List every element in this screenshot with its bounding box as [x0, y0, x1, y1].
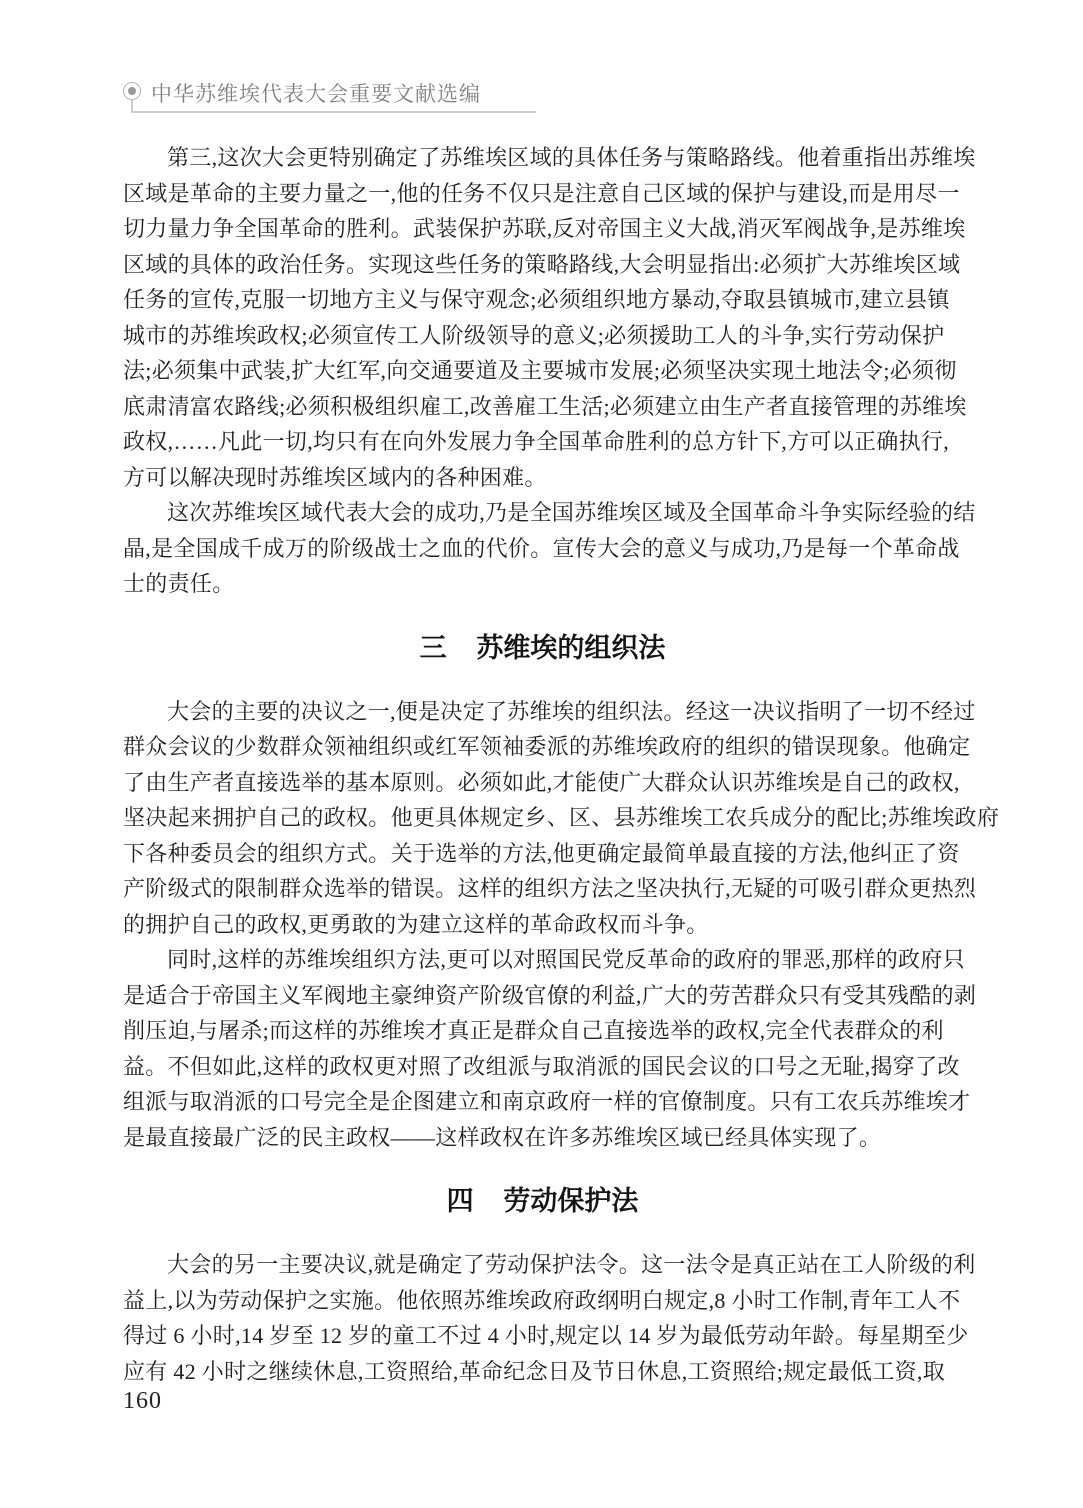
page: 中华苏维埃代表大会重要文献选编 第三,这次大会更特别确定了苏维埃区域的具体任务与…	[0, 0, 1083, 1508]
text-line: 任务的宣传,克服一切地方主义与保守观念;必须组织地方暴动,夺取县镇城市,建立县镇	[123, 282, 962, 318]
page-number: 160	[123, 1388, 162, 1414]
text-line: 大会的主要的决议之一,便是决定了苏维埃的组织法。经这一决议指明了一切不经过	[123, 694, 962, 730]
section-heading: 三苏维埃的组织法	[123, 628, 962, 668]
text-line: 下各种委员会的组织方式。关于选举的方法,他更确定最简单最直接的方法,他纠正了资	[123, 836, 962, 872]
text-line: 益上,以为劳动保护之实施。他依照苏维埃政府政纲明白规定,8 小时工作制,青年工人…	[123, 1283, 962, 1319]
text-line: 是适合于帝国主义军阀地主豪绅资产阶级官僚的利益,广大的劳苦群众只有受其残酷的剥	[123, 978, 962, 1014]
heading-title: 劳动保护法	[503, 1186, 638, 1216]
text-line: 城市的苏维埃政权;必须宣传工人阶级领导的意义;必须援助工人的斗争,实行劳动保护	[123, 318, 962, 354]
text-line: 益。不但如此,这样的政权更对照了改组派与取消派的国民会议的口号之无耻,揭穿了改	[123, 1049, 962, 1085]
text-line: 晶,是全国成千成万的阶级战士之血的代价。宣传大会的意义与成功,乃是每一个革命战	[123, 531, 962, 567]
text-line: 士的责任。	[123, 566, 962, 602]
header-underline	[131, 111, 536, 113]
text-line: 法;必须集中武装,扩大红军,向交通要道及主要城市发展;必须坚决实现土地法令;必须…	[123, 353, 962, 389]
section-heading: 四劳动保护法	[123, 1181, 962, 1221]
text-line: 第三,这次大会更特别确定了苏维埃区域的具体任务与策略路线。他着重指出苏维埃	[123, 140, 962, 176]
text-line: 大会的另一主要决议,就是确定了劳动保护法令。这一法令是真正站在工人阶级的利	[123, 1247, 962, 1283]
text-line: 得过 6 小时,14 岁至 12 岁的童工不过 4 小时,规定以 14 岁为最低…	[123, 1318, 962, 1354]
paragraph: 大会的另一主要决议,就是确定了劳动保护法令。这一法令是真正站在工人阶级的利益上,…	[123, 1247, 962, 1389]
page-body: 第三,这次大会更特别确定了苏维埃区域的具体任务与策略路线。他着重指出苏维埃区域是…	[123, 140, 962, 1389]
text-line: 组派与取消派的口号完全是企图建立和南京政府一样的官僚制度。只有工农兵苏维埃才	[123, 1084, 962, 1120]
text-line: 产阶级式的限制群众选举的错误。这样的组织方法之坚决执行,无疑的可吸引群众更热烈	[123, 871, 962, 907]
heading-number: 三	[420, 633, 447, 663]
bullet-circle-icon	[123, 82, 141, 100]
page-footer: 160	[123, 1388, 162, 1415]
text-line: 同时,这样的苏维埃组织方法,更可以对照国民党反革命的政府的罪恶,那样的政府只	[123, 942, 962, 978]
text-line: 削压迫,与屠杀;而这样的苏维埃才真正是群众自己直接选举的政权,完全代表群众的利	[123, 1013, 962, 1049]
text-line: 切力量力争全国革命的胜利。武装保护苏联,反对帝国主义大战,消灭军阀战争,是苏维埃	[123, 211, 962, 247]
paragraph: 大会的主要的决议之一,便是决定了苏维埃的组织法。经这一决议指明了一切不经过群众会…	[123, 694, 962, 943]
book-header: 中华苏维埃代表大会重要文献选编	[123, 76, 683, 120]
paragraph: 同时,这样的苏维埃组织方法,更可以对照国民党反革命的政府的罪恶,那样的政府只是适…	[123, 942, 962, 1155]
text-line: 区域是革命的主要力量之一,他的任务不仅只是注意自己区域的保护与建设,而是用尽一	[123, 176, 962, 212]
text-line: 坚决起来拥护自己的政权。他更具体规定乡、区、县苏维埃工农兵成分的配比;苏维埃政府	[123, 800, 962, 836]
heading-title: 苏维埃的组织法	[476, 633, 665, 663]
paragraph: 第三,这次大会更特别确定了苏维埃区域的具体任务与策略路线。他着重指出苏维埃区域是…	[123, 140, 962, 495]
text-line: 方可以解决现时苏维埃区域内的各种困难。	[123, 460, 962, 496]
text-line: 底肃清富农路线;必须积极组织雇工,改善雇工生活;必须建立由生产者直接管理的苏维埃	[123, 389, 962, 425]
text-line: 的拥护自己的政权,更勇敢的为建立这样的革命政权而斗争。	[123, 907, 962, 943]
book-title: 中华苏维埃代表大会重要文献选编	[151, 78, 481, 108]
text-line: 政权,……凡此一切,均只有在向外发展力争全国革命胜利的总方针下,方可以正确执行,	[123, 424, 962, 460]
text-line: 区域的具体的政治任务。实现这些任务的策略路线,大会明显指出:必须扩大苏维埃区域	[123, 247, 962, 283]
text-line: 群众会议的少数群众领袖组织或红军领袖委派的苏维埃政府的组织的错误现象。他确定	[123, 729, 962, 765]
text-line: 这次苏维埃区域代表大会的成功,乃是全国苏维埃区域及全国革命斗争实际经验的结	[123, 495, 962, 531]
text-line: 应有 42 小时之继续休息,工资照给,革命纪念日及节日休息,工资照给;规定最低工…	[123, 1354, 962, 1390]
text-line: 是最直接最广泛的民主政权——这样政权在许多苏维埃区域已经具体实现了。	[123, 1120, 962, 1156]
heading-number: 四	[447, 1186, 474, 1216]
paragraph: 这次苏维埃区域代表大会的成功,乃是全国苏维埃区域及全国革命斗争实际经验的结晶,是…	[123, 495, 962, 602]
text-line: 了由生产者直接选举的基本原则。必须如此,才能使广大群众认识苏维埃是自己的政权,	[123, 765, 962, 801]
